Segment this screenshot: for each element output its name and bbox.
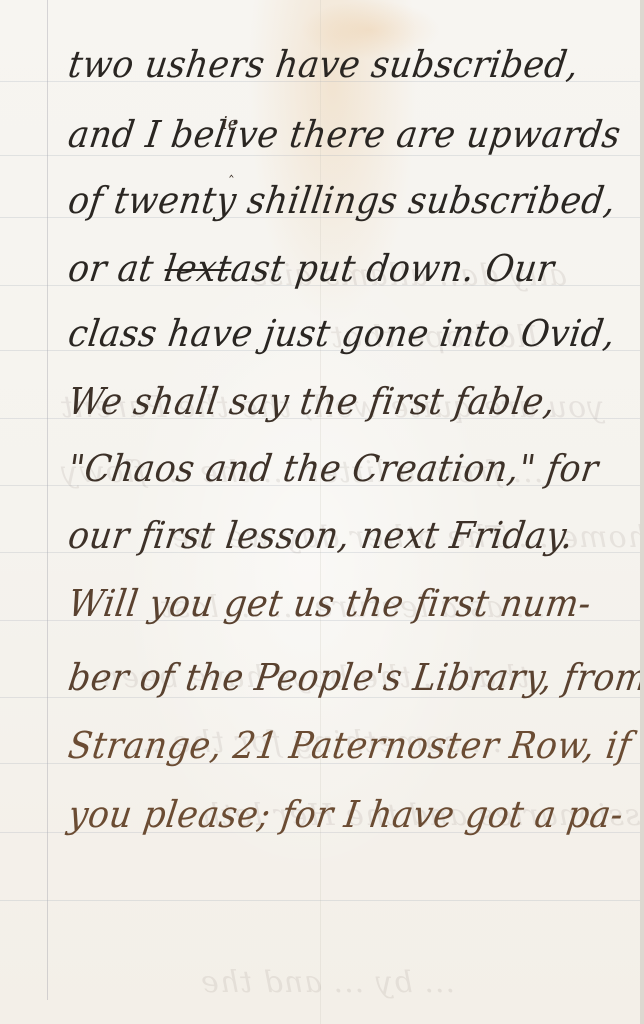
letter-line-9: Will you get us the first num-	[66, 585, 594, 622]
line-4-suffix: ast put down. Our	[228, 247, 557, 290]
correction-superscript: ie	[222, 113, 238, 134]
letter-line-3: of twenty shillings subscribed,	[66, 182, 618, 219]
letter-line-7: "Chaos and the Creation," for	[66, 450, 601, 487]
letter-page: ally da.. allams aiss Ild hope that you …	[0, 0, 640, 1024]
letter-line-6: We shall say the first fable,	[66, 383, 558, 420]
letter-line-12: you please; for I have got a pa-	[66, 796, 626, 833]
ghost-text: ... by ... and the	[200, 965, 455, 1000]
letter-line-4: or at lextast put down. Our	[66, 250, 557, 287]
struck-text: lext	[162, 247, 235, 290]
letter-line-8: our first lesson, next Friday.	[66, 517, 576, 554]
margin-line	[47, 0, 48, 1000]
paper-edge	[640, 0, 644, 1024]
line-4-prefix: or at	[66, 247, 168, 290]
letter-line-5: class have just gone into Ovid,	[66, 315, 618, 352]
letter-line-1: two ushers have subscribed,	[66, 46, 581, 83]
letter-line-2: and I belive there are upwards	[66, 116, 623, 153]
ruled-line	[0, 900, 640, 901]
letter-line-11: Strange, 21 Paternoster Row, if	[66, 727, 634, 764]
insertion-caret-icon: ‸	[229, 162, 234, 178]
letter-line-10: ber of the People's Library, from	[66, 659, 640, 696]
